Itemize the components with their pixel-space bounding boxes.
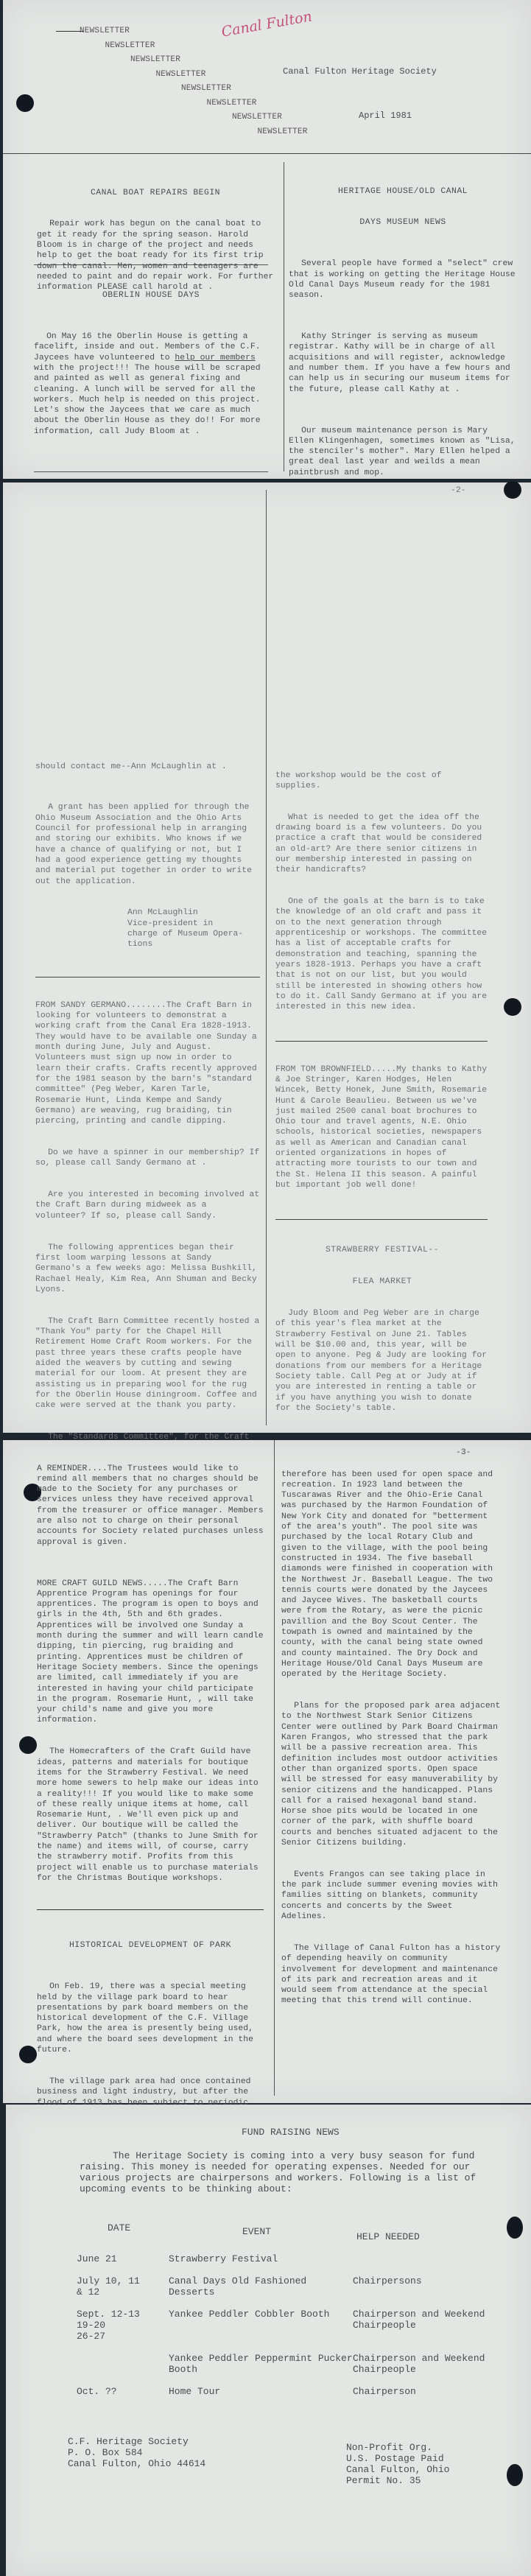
- museum-p1: Several people have formed a "select" cr…: [289, 259, 517, 301]
- section-divider: [275, 1041, 488, 1042]
- grant-body: A grant has been applied for through the…: [35, 802, 260, 886]
- strawberry-body: Judy Bloom and Peg Weber are in charge o…: [275, 1308, 489, 1414]
- sandy-p3: Are you interested in becoming involved …: [35, 1190, 260, 1221]
- fund-raising-intro: The Heritage Society is coming into a ve…: [80, 2150, 477, 2194]
- column-event: EVENT: [169, 2222, 353, 2242]
- tom-body: My thanks to Kathy & Joe Stringer, Karen…: [275, 1065, 492, 1190]
- sandy-lead: FROM SANDY GERMANO........: [35, 1001, 166, 1010]
- issue-date: April 1981: [359, 110, 412, 121]
- reminder-body: The Trustees would like to remind all me…: [37, 1464, 268, 1547]
- strawberry-heading-2: FLEA MARKET: [275, 1277, 489, 1287]
- guild-lead: MORE CRAFT GUILD NEWS.....: [37, 1579, 168, 1588]
- canal-boat-heading: CANAL BOAT REPAIRS BEGIN: [37, 188, 274, 198]
- event-help-needed: Chairperson and Weekend Chairpeople: [353, 2353, 485, 2375]
- section-divider: [34, 471, 268, 472]
- section-divider: [37, 1909, 264, 1910]
- event-row: June 21Strawberry Festival: [77, 2253, 489, 2264]
- section-divider: [34, 264, 268, 265]
- event-date: July 10, 11 & 12: [77, 2275, 169, 2298]
- column-date: DATE: [77, 2222, 169, 2242]
- page-number: -2-: [451, 485, 466, 496]
- event-name: Home Tour: [169, 2386, 353, 2397]
- signature-line: tions: [35, 939, 260, 950]
- workshop-p3: One of the goals at the barn is to take …: [275, 896, 489, 1012]
- postage-indicia: Non-Profit Org. U.S. Postage Paid Canal …: [346, 2442, 449, 2486]
- newsletter-label: NEWSLETTER: [181, 84, 231, 93]
- binder-hole: [19, 1736, 37, 1754]
- workshop-section: the workshop would be the cost of suppli…: [275, 749, 489, 1424]
- signature-line: charge of Museum Opera-: [35, 929, 260, 939]
- sandy-p1: The Craft Barn in looking for volunteers…: [35, 1001, 262, 1126]
- event-help-needed: Chairpersons: [353, 2275, 485, 2298]
- event-name: Strawberry Festival: [169, 2253, 353, 2264]
- museum-heading-2: DAYS MUSEUM NEWS: [289, 217, 517, 228]
- park-p1: On Feb. 19, there was a special meeting …: [37, 1982, 264, 2055]
- park-heading: HISTORICAL DEVELOPMENT OF PARK: [37, 1940, 264, 1951]
- event-row: July 10, 11 & 12Canal Days Old Fashioned…: [77, 2275, 489, 2298]
- fund-raising-intro-text: The Heritage Society is coming into a ve…: [80, 2150, 477, 2194]
- masthead-divider: [3, 153, 531, 154]
- museum-heading-1: HERITAGE HOUSE/OLD CANAL: [289, 186, 517, 197]
- binder-hole: [504, 481, 521, 499]
- park-continued: therefore has been used for open space a…: [281, 1448, 502, 2017]
- binder-hole: [16, 94, 34, 112]
- signature-line: Ann McLaughlin: [35, 908, 260, 918]
- return-address: C.F. Heritage Society P. O. Box 584 Cana…: [68, 2436, 205, 2469]
- section-divider: [275, 1219, 488, 1220]
- events-table-header: DATE EVENT HELP NEEDED: [77, 2222, 489, 2242]
- sandy-p4: The following apprentices began their fi…: [35, 1243, 260, 1295]
- organization-name: Canal Fulton Heritage Society: [283, 66, 437, 77]
- binder-hole: [504, 998, 521, 1016]
- column-divider: [284, 162, 284, 471]
- column-divider: [266, 490, 267, 1425]
- guild-p1: The Craft Barn Apprentice Program has op…: [37, 1579, 268, 1725]
- strawberry-heading-1: STRAWBERRY FESTIVAL--: [275, 1245, 489, 1255]
- grant-section: should contact me--Ann McLaughlin at . A…: [35, 740, 260, 1495]
- guild-p2: The Homecrafters of the Craft Guild have…: [37, 1747, 264, 1884]
- workshop-p2: What is needed to get the idea off the d…: [275, 813, 489, 876]
- workshop-p1: the workshop would be the cost of suppli…: [275, 771, 489, 792]
- museum-p3: Our museum maintenance person is Mary El…: [289, 426, 517, 478]
- newsletter-back-page: FUND RAISING NEWS The Heritage Society i…: [6, 2105, 531, 2576]
- event-help-needed: Chairperson and Weekend Chairpeople: [353, 2309, 485, 2342]
- signature-block: Ann McLaughlinVice-president incharge of…: [35, 908, 260, 950]
- event-row: Yankee Peddler Peppermint Pucker BoothCh…: [77, 2353, 489, 2375]
- event-help-needed: Chairperson: [353, 2386, 485, 2397]
- event-date: June 21: [77, 2253, 169, 2264]
- tom-lead: FROM TOM BROWNFIELD.....: [275, 1065, 396, 1074]
- park-p5: Events Frangos can see taking place in t…: [281, 1870, 502, 1922]
- newsletter-label: NEWSLETTER: [130, 55, 180, 64]
- events-table: DATE EVENT HELP NEEDED June 21Strawberry…: [77, 2222, 489, 2408]
- binder-hole: [19, 2046, 37, 2063]
- newsletter-label: NEWSLETTER: [207, 99, 257, 108]
- park-p3: therefore has been used for open space a…: [281, 1470, 502, 1680]
- reminder-lead: A REMINDER....: [37, 1464, 108, 1473]
- event-name: Canal Days Old Fashioned Desserts: [169, 2275, 353, 2298]
- column-divider: [274, 1440, 275, 2096]
- park-p4: Plans for the proposed park area adjacen…: [281, 1701, 502, 1848]
- sandy-p2: Do we have a spinner in our membership? …: [35, 1148, 260, 1169]
- fund-raising-heading: FUND RAISING NEWS: [242, 2127, 340, 2138]
- oberlin-body-post: with the project!!! The house will be sc…: [34, 354, 265, 436]
- column-help: HELP NEEDED: [353, 2222, 489, 2242]
- section-divider: [35, 977, 260, 978]
- oberlin-heading: OBERLIN HOUSE DAYS: [34, 290, 268, 301]
- event-row: Sept. 12-13 19-20 26-27Yankee Peddler Co…: [77, 2309, 489, 2342]
- binder-hole: [507, 2217, 523, 2239]
- newsletter-label: NEWSLETTER: [80, 27, 130, 35]
- event-name: Yankee Peddler Cobbler Booth: [169, 2309, 353, 2342]
- reminder-section: A REMINDER....The Trustees would like to…: [37, 1442, 264, 2129]
- oberlin-body-underlined: help our members: [175, 354, 255, 362]
- handwritten-note: Canal Fulton: [220, 8, 313, 40]
- event-date: Oct. ??: [77, 2386, 169, 2397]
- newsletter-label: NEWSLETTER: [258, 127, 308, 136]
- event-row: Oct. ??Home TourChairperson: [77, 2386, 489, 2397]
- newsletter-label: NEWSLETTER: [156, 70, 206, 79]
- park-p6: The Village of Canal Fulton has a histor…: [281, 1943, 502, 2007]
- sandy-p5: The Craft Barn Committee recently hosted…: [35, 1316, 260, 1411]
- event-date: [77, 2353, 169, 2375]
- museum-p2: Kathy Stringer is serving as museum regi…: [289, 331, 517, 395]
- event-help-needed: [353, 2253, 485, 2264]
- contact-line: should contact me--Ann McLaughlin at .: [35, 762, 260, 772]
- newsletter-label: NEWSLETTER: [232, 113, 282, 122]
- event-name: Yankee Peddler Peppermint Pucker Booth: [169, 2353, 353, 2375]
- newsletter-label: NEWSLETTER: [105, 41, 155, 50]
- binder-hole: [507, 2464, 523, 2486]
- event-date: Sept. 12-13 19-20 26-27: [77, 2309, 169, 2342]
- signature-line: Vice-president in: [35, 919, 260, 929]
